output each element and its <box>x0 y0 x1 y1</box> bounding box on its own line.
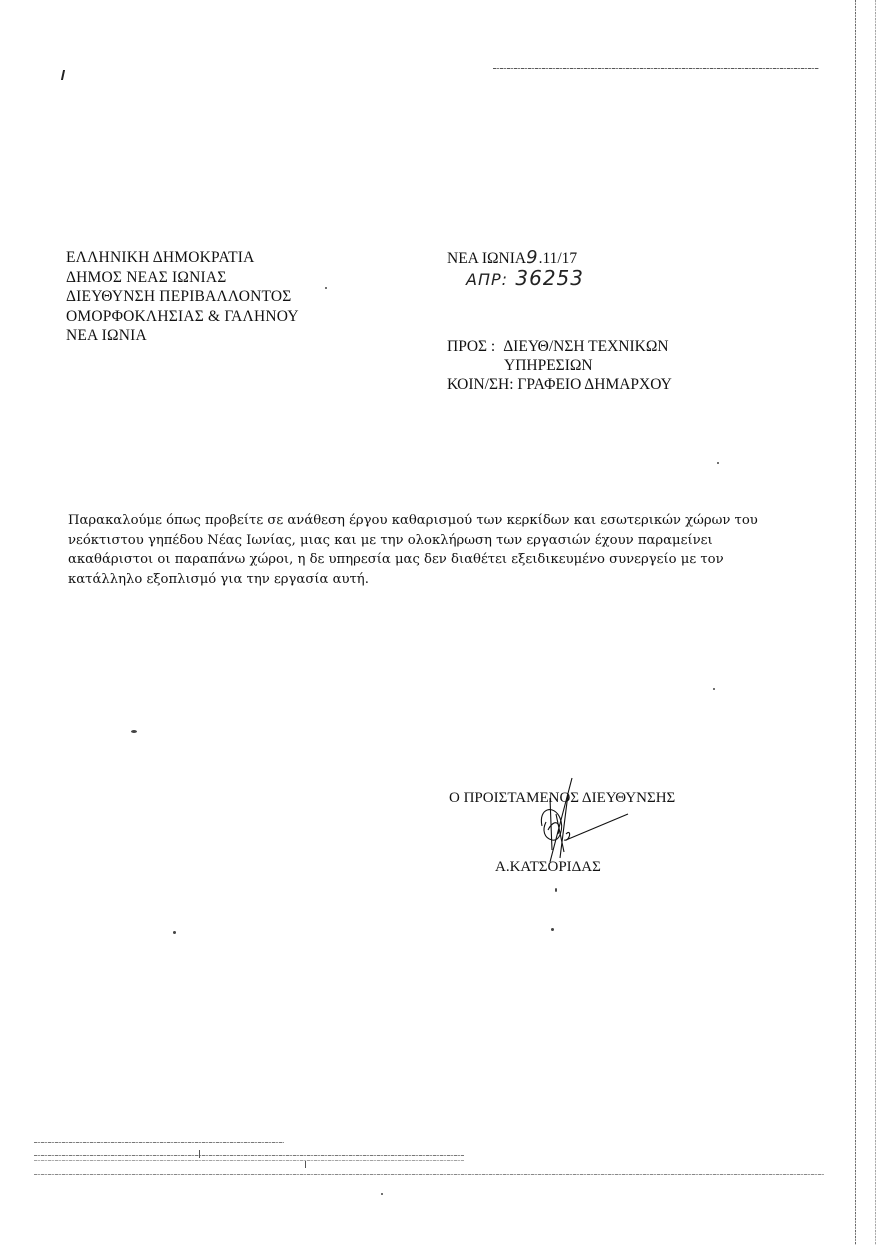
month-year: .11/17 <box>539 250 578 267</box>
scan-mark <box>305 1161 306 1168</box>
to-label: ΠΡΟΣ : <box>447 338 495 355</box>
sender-block: ΕΛΛΗΝΙΚΗ ΔΗΜΟΚΡΑΤΙΑ ΔΗΜΟΣ ΝΕΑΣ ΙΩΝΙΑΣ ΔΙ… <box>66 248 299 346</box>
sender-line: ΕΛΛΗΝΙΚΗ ΔΗΜΟΚΡΑΤΙΑ <box>66 248 299 268</box>
sender-line: ΝΕΑ ΙΩΝΙΑ <box>66 326 299 346</box>
letter-body: Παρακαλούμε όπως προβείτε σε ανάθεση έργ… <box>68 511 838 589</box>
scan-mark <box>61 70 65 80</box>
handwritten-day: 9 <box>526 247 538 268</box>
recipients-block: ΠΡΟΣ :ΔΙΕΥΘ/ΝΣΗ ΤΕΧΝΙΚΩΝ ΥΠΗΡΕΣΙΩΝ ΚΟΙΝ/… <box>447 337 672 394</box>
handwritten-signature-icon <box>520 770 640 870</box>
to-line-1: ΔΙΕΥΘ/ΝΣΗ ΤΕΧΝΙΚΩΝ <box>503 338 668 355</box>
scan-speck <box>325 287 327 289</box>
signer-name: Α.ΚΑΤΣΟΡΙΔΑΣ <box>495 859 601 876</box>
body-line: κατάλληλο εξοπλισμό για την εργασία αυτή… <box>68 570 838 590</box>
scan-speck <box>551 928 554 931</box>
sender-line: ΔΙΕΥΘΥΝΣΗ ΠΕΡΙΒΑΛΛΟΝΤΟΣ <box>66 287 299 307</box>
sender-line: ΟΜΟΡΦΟΚΛΗΣΙΑΣ & ΓΑΛΗΝΟΥ <box>66 307 299 327</box>
scan-mark <box>199 1150 200 1158</box>
scan-speck <box>713 688 715 690</box>
body-line: νεόκτιστου γηπέδου Νέας Ιωνίας, μιας και… <box>68 531 838 551</box>
body-line: Παρακαλούμε όπως προβείτε σε ανάθεση έργ… <box>68 511 838 531</box>
scan-speck <box>131 730 137 733</box>
cc-value: ΓΡΑΦΕΙΟ ΔΗΜΑΡΧΟΥ <box>517 376 671 393</box>
scan-speck <box>381 1193 383 1195</box>
right-edge-scan-line-outer <box>875 0 876 1245</box>
bottom-scan-line-4 <box>34 1174 824 1175</box>
bottom-scan-line-1 <box>34 1142 284 1143</box>
to-line-2: ΥΠΗΡΕΣΙΩΝ <box>504 357 593 374</box>
body-line: ακαθάριστοι οι παραπάνω χώροι, η δε υπηρ… <box>68 550 838 570</box>
scan-speck <box>555 888 557 892</box>
protocol-value: 36253 <box>515 266 584 290</box>
cc-label: ΚΟΙΝ/ΣΗ: <box>447 376 514 393</box>
scan-speck <box>717 462 719 464</box>
protocol-label: ΑΠΡ: <box>466 270 508 289</box>
protocol-number: ΑΠΡ: 36253 <box>466 266 584 290</box>
date-place: ΝΕΑ ΙΩΝΙΑ9.11/17 <box>447 248 577 268</box>
scanned-letter-page: ΕΛΛΗΝΙΚΗ ΔΗΜΟΚΡΑΤΙΑ ΔΗΜΟΣ ΝΕΑΣ ΙΩΝΙΑΣ ΔΙ… <box>0 0 881 1245</box>
place: ΝΕΑ ΙΩΝΙΑ <box>447 250 526 267</box>
bottom-scan-line-2 <box>34 1155 464 1156</box>
scan-speck <box>173 931 176 934</box>
sender-line: ΔΗΜΟΣ ΝΕΑΣ ΙΩΝΙΑΣ <box>66 268 299 288</box>
bottom-scan-line-3 <box>34 1160 464 1161</box>
right-edge-scan-line <box>855 0 856 1245</box>
top-scan-line <box>493 68 819 69</box>
